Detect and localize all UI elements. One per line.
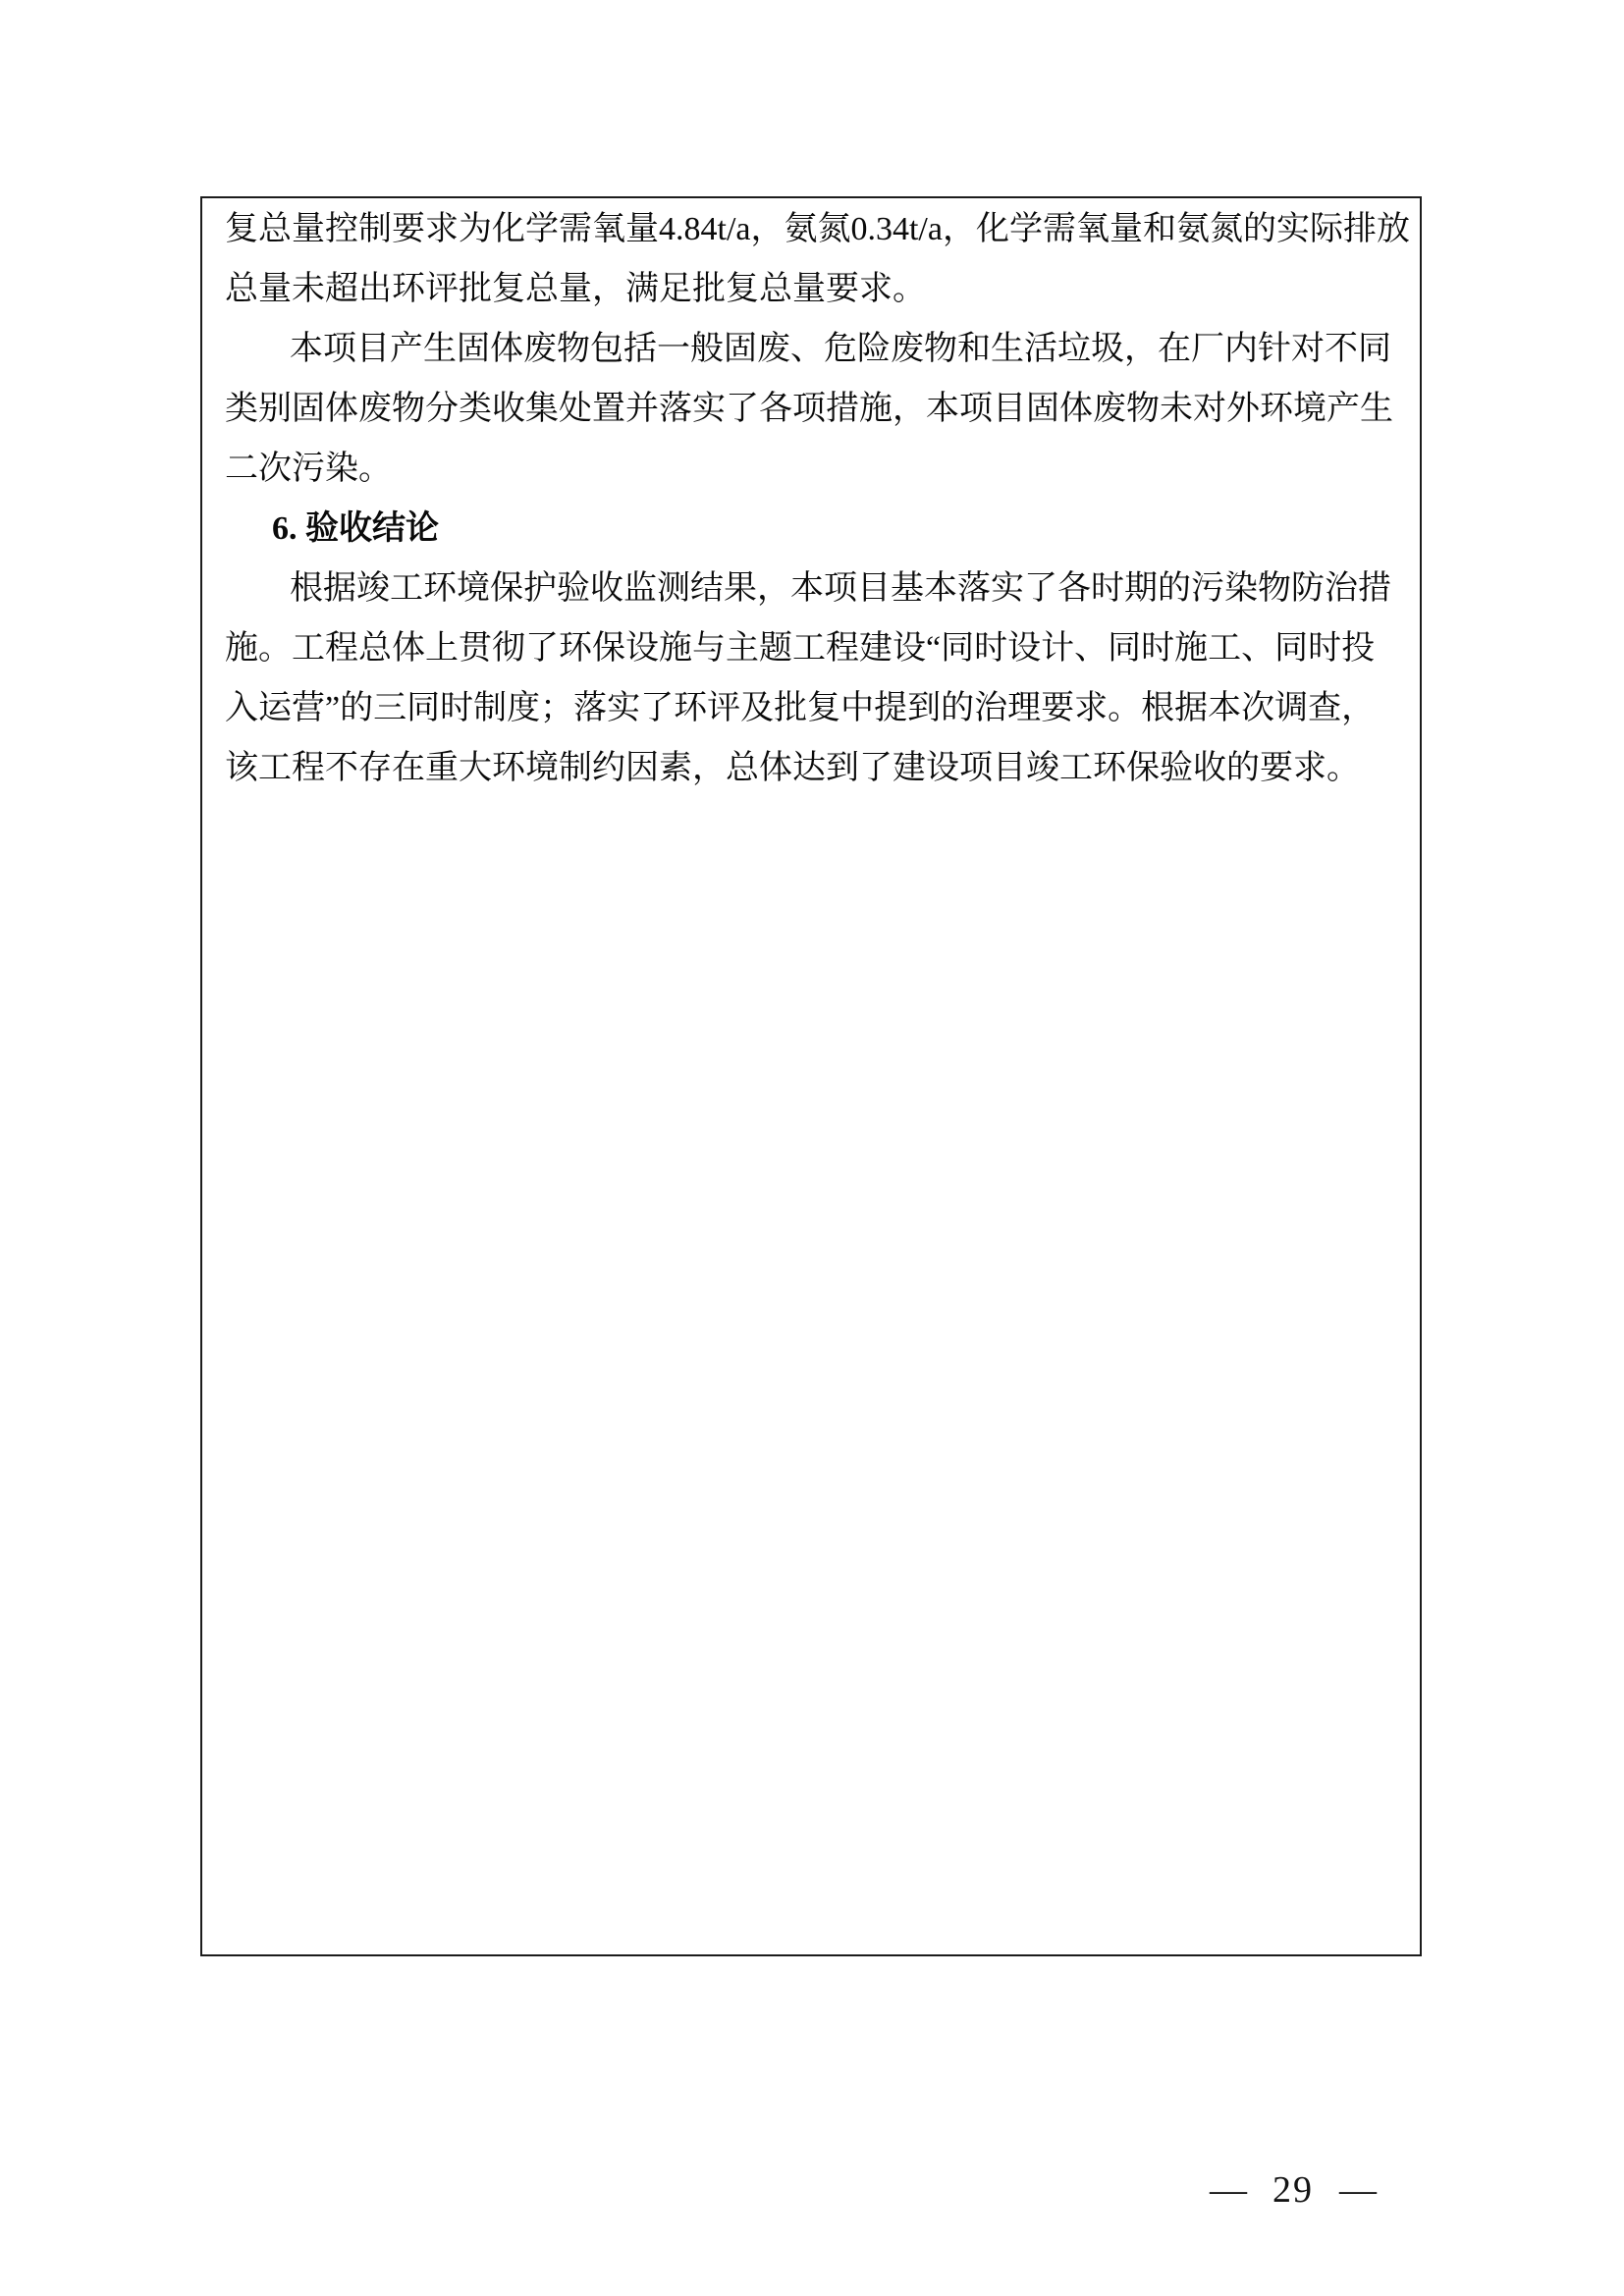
document-page: 复总量控制要求为化学需氧量4.84t/a，氨氮0.34t/a，化学需氧量和氨氮的…: [0, 0, 1624, 2296]
paragraph-conclusion-line-3: 入运营”的三同时制度；落实了环评及批复中提到的治理要求。根据本次调查，: [225, 678, 1410, 738]
content-border-box: 复总量控制要求为化学需氧量4.84t/a，氨氮0.34t/a，化学需氧量和氨氮的…: [200, 196, 1422, 1956]
paragraph-solid-waste-line-3: 二次污染。: [225, 439, 1410, 499]
paragraph-conclusion-line-4: 该工程不存在重大环境制约因素，总体达到了建设项目竣工环保验收的要求。: [225, 738, 1410, 798]
footer-left-dash: —: [1210, 2171, 1247, 2209]
paragraph-conclusion-line-1: 根据竣工环境保护验收监测结果，本项目基本落实了各时期的污染物防治措: [225, 559, 1410, 618]
paragraph-solid-waste-line-2: 类别固体废物分类收集处置并落实了各项措施，本项目固体废物未对外环境产生: [225, 379, 1410, 439]
page-number: 29: [1272, 2171, 1314, 2209]
footer-right-dash: —: [1339, 2171, 1377, 2209]
paragraph-solid-waste-line-1: 本项目产生固体废物包括一般固废、危险废物和生活垃圾，在厂内针对不同: [225, 319, 1410, 379]
page-footer: — 29 —: [1210, 2171, 1377, 2209]
section-heading-acceptance-conclusion: 6. 验收结论: [225, 499, 1410, 559]
paragraph-total-control-line-2: 总量未超出环评批复总量，满足批复总量要求。: [225, 259, 1410, 319]
paragraph-total-control-line-1: 复总量控制要求为化学需氧量4.84t/a，氨氮0.34t/a，化学需氧量和氨氮的…: [225, 199, 1410, 259]
paragraph-conclusion-line-2: 施。工程总体上贯彻了环保设施与主题工程建设“同时设计、同时施工、同时投: [225, 618, 1410, 678]
